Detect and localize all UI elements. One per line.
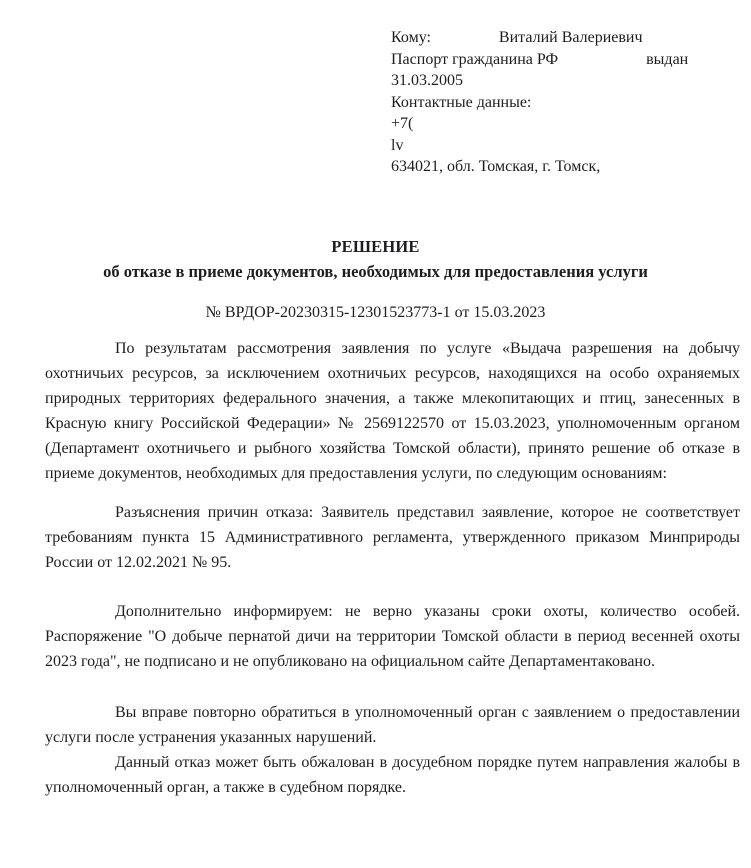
paragraph-reapply-notice: Вы вправе повторно обратиться в уполномо… (45, 700, 740, 750)
document-page: Кому: Виталий Валериевич Паспорт граждан… (0, 0, 751, 868)
paragraph-additional-info: Дополнительно информируем: не верно указ… (45, 599, 740, 674)
recipient-address: 634021, обл. Томская, г. Томск, (391, 156, 731, 178)
title-block: РЕШЕНИЕ об отказе в приеме документов, н… (0, 234, 751, 325)
paragraph-refusal-explanation: Разъяснения причин отказа: Заявитель пре… (45, 500, 740, 575)
recipient-block: Кому: Виталий Валериевич Паспорт граждан… (391, 27, 731, 178)
recipient-to-line: Кому: Виталий Валериевич (391, 27, 731, 49)
recipient-contact-label: Контактные данные: (391, 92, 731, 114)
recipient-email: lv (391, 135, 731, 157)
paragraph-decision-grounds: По результатам рассмотрения заявления по… (45, 336, 740, 486)
document-number: № ВРДОР-20230315-12301523773-1 от 15.03.… (0, 300, 751, 325)
recipient-passport-line: Паспорт гражданина РФ выдан (391, 49, 731, 71)
paragraph-appeal-notice: Данный отказ может быть обжалован в досу… (45, 750, 740, 800)
document-title: РЕШЕНИЕ (0, 234, 751, 259)
recipient-phone: +7( (391, 113, 731, 135)
recipient-passport-date: 31.03.2005 (391, 70, 731, 92)
document-body: По результатам рассмотрения заявления по… (45, 336, 740, 800)
document-subtitle: об отказе в приеме документов, необходим… (0, 259, 751, 285)
